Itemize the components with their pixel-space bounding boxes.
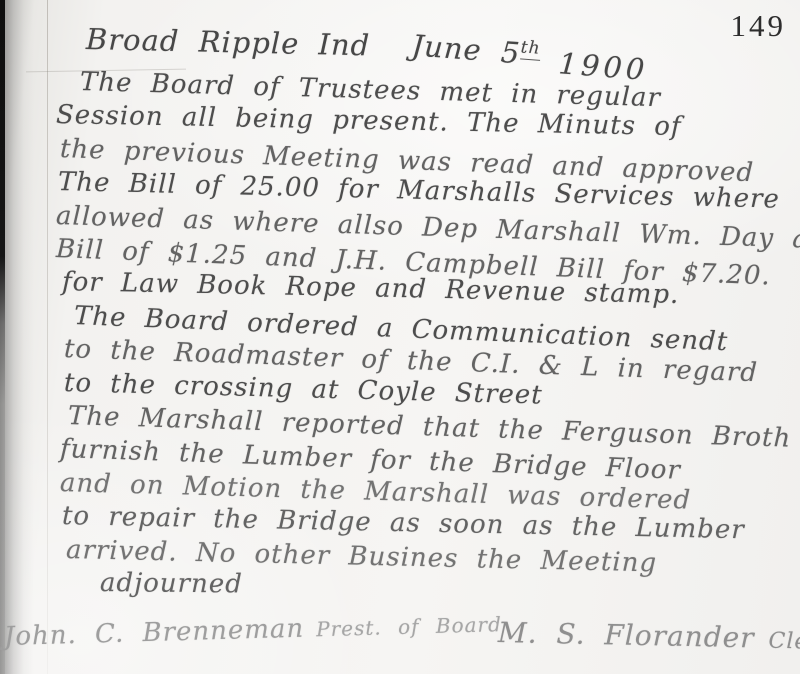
heading-location: Broad Ripple Ind (86, 22, 371, 62)
date-ordinal-suffix: th (520, 38, 541, 61)
minutes-line: adjourned (100, 567, 792, 608)
clerk-name: M. S. Florander (498, 616, 755, 654)
president-title: Prest. of Board (316, 612, 502, 641)
scanned-minutes-page: 149 Broad Ripple IndJune 5th 1900 The Bo… (0, 0, 800, 674)
president-name: John. C. Brenneman (4, 614, 305, 652)
page-number: 149 (731, 8, 787, 44)
date-day: June 5 (411, 28, 522, 70)
clerk-title: Clerk (768, 629, 800, 655)
heading-dateline: Broad Ripple IndJune 5th 1900 (86, 22, 651, 69)
book-binding-edge (0, 0, 5, 674)
page-gutter-shadow (0, 0, 34, 674)
signature-president: John. C. BrennemanPrest. of Board (4, 608, 503, 652)
minutes-body: The Board of Trustees met in regular Ses… (56, 66, 792, 601)
signature-clerk: M. S. FloranderClerk (498, 616, 800, 656)
margin-rule-line (47, 0, 48, 674)
